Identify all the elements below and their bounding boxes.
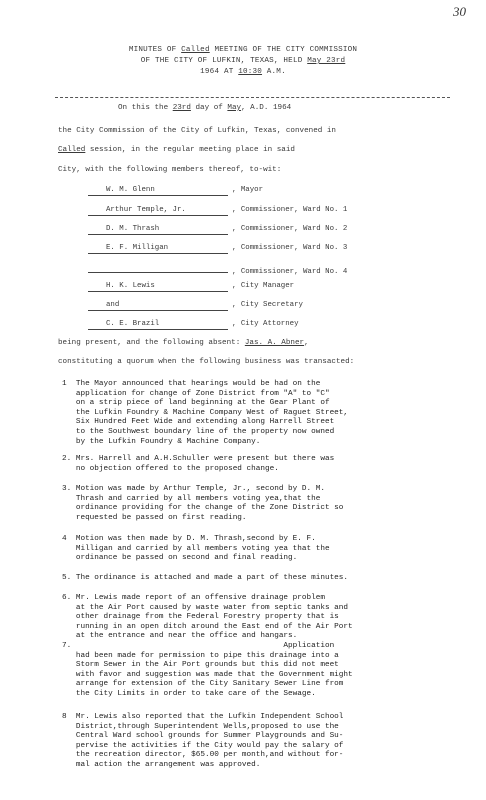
- member-title: , Commissioner, Ward No. 2: [232, 225, 347, 233]
- page-number: 30: [453, 4, 466, 20]
- member-name: [88, 263, 228, 273]
- minutes-item-4: 4 Motion was then made by D. M. Thrash,s…: [62, 535, 472, 564]
- member-title: , Commissioner, Ward No. 4: [232, 268, 347, 276]
- day: 23rd: [173, 104, 191, 112]
- preamble-line-2: the City Commission of the City of Lufki…: [58, 127, 336, 135]
- header-text: MEETING OF THE CITY COMMISSION: [210, 46, 357, 54]
- preamble-line-1: On this the 23rd day of May, A.D. 1964: [118, 104, 291, 112]
- member-row: and, City Secretary: [88, 301, 303, 311]
- member-row: W. M. Glenn, Mayor: [88, 186, 263, 196]
- session-type: Called: [58, 146, 85, 154]
- member-title: , City Attorney: [232, 320, 299, 328]
- text: On this the: [118, 104, 173, 112]
- member-row: H. K. Lewis, City Manager: [88, 282, 294, 292]
- text: , A.D. 1964: [241, 104, 291, 112]
- member-name: C. E. Brazil: [88, 320, 228, 330]
- member-name: D. M. Thrash: [88, 225, 228, 235]
- preamble-line-4: City, with the following members thereof…: [58, 166, 281, 174]
- minutes-item-1: 1 The Mayor announced that hearings woul…: [62, 380, 472, 447]
- minutes-item-8: 8 Mr. Lewis also reported that the Lufki…: [62, 713, 472, 771]
- member-title: , Commissioner, Ward No. 1: [232, 206, 347, 214]
- member-name: H. K. Lewis: [88, 282, 228, 292]
- quorum-line: constituting a quorum when the following…: [58, 358, 354, 366]
- member-title: , City Secretary: [232, 301, 303, 309]
- member-name: W. M. Glenn: [88, 186, 228, 196]
- text: day of: [191, 104, 227, 112]
- member-title: , Commissioner, Ward No. 3: [232, 244, 347, 252]
- member-row: Arthur Temple, Jr., Commissioner, Ward N…: [88, 206, 347, 216]
- member-row: C. E. Brazil, City Attorney: [88, 320, 299, 330]
- separator-dashes: [55, 97, 450, 98]
- header-line-3: 1964 AT 10:30 A.M.: [0, 68, 486, 76]
- member-title: , Mayor: [232, 186, 263, 194]
- year: 1964: [200, 68, 219, 76]
- member-name: E. F. Milligan: [88, 244, 228, 254]
- header-line-2: OF THE CITY OF LUFKIN, TEXAS, HELD May 2…: [0, 57, 486, 65]
- month: May: [227, 104, 241, 112]
- minutes-item-6: 6. Mr. Lewis made report of an offensive…: [62, 594, 472, 642]
- member-title: , City Manager: [232, 282, 294, 290]
- absent-member: Jas. A. Abner: [245, 339, 304, 347]
- member-name: and: [88, 301, 228, 311]
- minutes-item-3: 3. Motion was made by Arthur Temple, Jr.…: [62, 485, 472, 523]
- header-text: MINUTES OF: [129, 46, 181, 54]
- held-date: May 23rd: [307, 57, 345, 65]
- text: session, in the regular meeting place in…: [85, 146, 295, 154]
- text: being present, and the following absent:: [58, 339, 245, 347]
- minutes-page: 30 MINUTES OF Called MEETING OF THE CITY…: [0, 0, 486, 800]
- member-row: , Commissioner, Ward No. 4: [88, 263, 347, 276]
- meeting-time: 10:30: [238, 68, 262, 76]
- preamble-line-3: Called session, in the regular meeting p…: [58, 146, 295, 154]
- meeting-type: Called: [181, 46, 210, 54]
- member-row: D. M. Thrash, Commissioner, Ward No. 2: [88, 225, 347, 235]
- member-row: E. F. Milligan, Commissioner, Ward No. 3: [88, 244, 347, 254]
- header-text: AT: [219, 68, 238, 76]
- minutes-item-7: 7. Application had been made for permiss…: [62, 642, 472, 700]
- header-text: OF THE CITY OF LUFKIN, TEXAS, HELD: [141, 57, 308, 65]
- minutes-item-5: 5. The ordinance is attached and made a …: [62, 574, 472, 584]
- being-present-line: being present, and the following absent:…: [58, 339, 309, 347]
- member-name: Arthur Temple, Jr.: [88, 206, 228, 216]
- minutes-item-2: 2. Mrs. Harrell and A.H.Schuller were pr…: [62, 455, 472, 474]
- header-line-1: MINUTES OF Called MEETING OF THE CITY CO…: [0, 46, 486, 54]
- ampm: A.M.: [267, 68, 286, 76]
